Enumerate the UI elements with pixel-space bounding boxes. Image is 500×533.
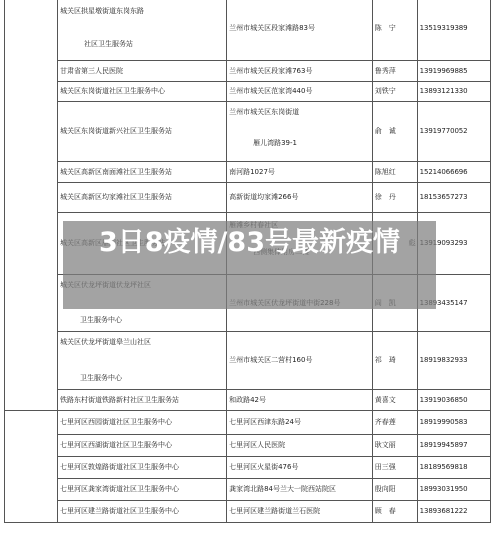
table-row: 铁路东村街道铁路新村社区卫生服务站 和政路42号 黄喜文 13919036850 bbox=[5, 390, 491, 411]
phone-cell: 13919969885 bbox=[417, 61, 490, 82]
table-row: 七里河区建兰路街道社区卫生服务中心 七里河区建兰路街道兰石医院 顾 春 1389… bbox=[5, 501, 491, 523]
phone-cell: 18189569818 bbox=[417, 457, 490, 479]
table-row: 甘肃省第三人民医院 兰州市城关区段家滩763号 鲁秀萍 13919969885 bbox=[5, 61, 491, 82]
table-row: 城关区高新区均家滩社区卫生服务站 高新街道均家滩266号 徐 丹 1815365… bbox=[5, 183, 491, 213]
phone-cell: 13919770052 bbox=[417, 102, 490, 162]
address-cell: 七里河区西津东路24号 bbox=[227, 411, 373, 435]
contact-cell: 齐春莲 bbox=[372, 411, 417, 435]
clinic-name-cell: 甘肃省第三人民医院 bbox=[57, 61, 226, 82]
table-row: 城关区东岗街道社区卫生服务中心 兰州市城关区范家湾440号 刘铁宁 138931… bbox=[5, 82, 491, 102]
phone-cell: 13519319389 bbox=[417, 0, 490, 61]
phone-cell: 18919832933 bbox=[417, 332, 490, 390]
contact-cell: 殷向阳 bbox=[372, 479, 417, 501]
phone-cell: 18993031950 bbox=[417, 479, 490, 501]
clinic-name-cell: 七里河区敦煌路街道社区卫生服务中心 bbox=[57, 457, 226, 479]
address-cell: 兰州市城关区范家湾440号 bbox=[227, 82, 373, 102]
phone-cell: 18153657273 bbox=[417, 183, 490, 213]
district-cell bbox=[5, 411, 58, 523]
phone-cell: 13893121330 bbox=[417, 82, 490, 102]
address-cell: 龚家湾北路84号兰大一院西站院区 bbox=[227, 479, 373, 501]
district-cell bbox=[5, 0, 58, 411]
contact-cell: 刘铁宁 bbox=[372, 82, 417, 102]
table-row: 城关区东岗街道新兴社区卫生服务站 兰州市城关区东岗街道 雁儿湾路39-1 俞 诚… bbox=[5, 102, 491, 162]
clinic-name-cell: 七里河区西园街道社区卫生服务中心 bbox=[57, 411, 226, 435]
overlay-title: 3日8疫情/83号最新疫情 bbox=[63, 226, 436, 259]
contact-cell: 顾 春 bbox=[372, 501, 417, 523]
table-row: 七里河区西园街道社区卫生服务中心 七里河区西津东路24号 齐春莲 1891999… bbox=[5, 411, 491, 435]
table-row: 城关区伏龙坪街道皋兰山社区 卫生服务中心 兰州市城关区二营村160号 祁 琦 1… bbox=[5, 332, 491, 390]
address-cell: 兰州市城关区段家滩路83号 bbox=[227, 0, 373, 61]
address-cell: 南河路1027号 bbox=[227, 162, 373, 183]
contact-cell: 陈 宁 bbox=[372, 0, 417, 61]
phone-cell: 18919990583 bbox=[417, 411, 490, 435]
address-cell: 兰州市城关区段家滩763号 bbox=[227, 61, 373, 82]
clinic-name-cell: 七里河区西湖街道社区卫生服务中心 bbox=[57, 435, 226, 457]
clinic-name-cell: 铁路东村街道铁路新村社区卫生服务站 bbox=[57, 390, 226, 411]
clinic-name-cell: 城关区东岗街道新兴社区卫生服务站 bbox=[57, 102, 226, 162]
contact-cell: 黄喜文 bbox=[372, 390, 417, 411]
table-row: 七里河区龚家湾街道社区卫生服务中心 龚家湾北路84号兰大一院西站院区 殷向阳 1… bbox=[5, 479, 491, 501]
table-row: 七里河区西湖街道社区卫生服务中心 七里河区人民医院 耿文丽 1891994589… bbox=[5, 435, 491, 457]
clinic-name-cell: 城关区伏龙坪街道皋兰山社区 卫生服务中心 bbox=[57, 332, 226, 390]
address-cell: 七里河区人民医院 bbox=[227, 435, 373, 457]
contact-cell: 鲁秀萍 bbox=[372, 61, 417, 82]
phone-cell: 18919945897 bbox=[417, 435, 490, 457]
contact-cell: 陈旭红 bbox=[372, 162, 417, 183]
contact-cell: 祁 琦 bbox=[372, 332, 417, 390]
address-cell: 七里河区火星街476号 bbox=[227, 457, 373, 479]
phone-cell: 13919036850 bbox=[417, 390, 490, 411]
contact-cell: 耿文丽 bbox=[372, 435, 417, 457]
contact-cell: 徐 丹 bbox=[372, 183, 417, 213]
phone-cell: 15214066696 bbox=[417, 162, 490, 183]
address-cell: 和政路42号 bbox=[227, 390, 373, 411]
address-cell: 七里河区建兰路街道兰石医院 bbox=[227, 501, 373, 523]
table-row: 城关区高新区南面滩社区卫生服务站 南河路1027号 陈旭红 1521406669… bbox=[5, 162, 491, 183]
contact-cell: 田三强 bbox=[372, 457, 417, 479]
clinic-name-cell: 城关区高新区南面滩社区卫生服务站 bbox=[57, 162, 226, 183]
table-row: 七里河区敦煌路街道社区卫生服务中心 七里河区火星街476号 田三强 181895… bbox=[5, 457, 491, 479]
clinic-name-cell: 城关区东岗街道社区卫生服务中心 bbox=[57, 82, 226, 102]
address-cell: 高新街道均家滩266号 bbox=[227, 183, 373, 213]
contact-cell: 俞 诚 bbox=[372, 102, 417, 162]
address-cell: 兰州市城关区二营村160号 bbox=[227, 332, 373, 390]
phone-cell: 13893681222 bbox=[417, 501, 490, 523]
clinic-name-cell: 七里河区建兰路街道社区卫生服务中心 bbox=[57, 501, 226, 523]
address-cell: 兰州市城关区东岗街道 雁儿湾路39-1 bbox=[227, 102, 373, 162]
clinic-name-cell: 城关区高新区均家滩社区卫生服务站 bbox=[57, 183, 226, 213]
document-page: 城关区拱星墩街道东岗东路 社区卫生服务站 兰州市城关区段家滩路83号 陈 宁 1… bbox=[0, 0, 500, 533]
clinic-name-cell: 七里河区龚家湾街道社区卫生服务中心 bbox=[57, 479, 226, 501]
clinic-name-cell: 城关区拱星墩街道东岗东路 社区卫生服务站 bbox=[57, 0, 226, 61]
table-row: 城关区拱星墩街道东岗东路 社区卫生服务站 兰州市城关区段家滩路83号 陈 宁 1… bbox=[5, 0, 491, 61]
